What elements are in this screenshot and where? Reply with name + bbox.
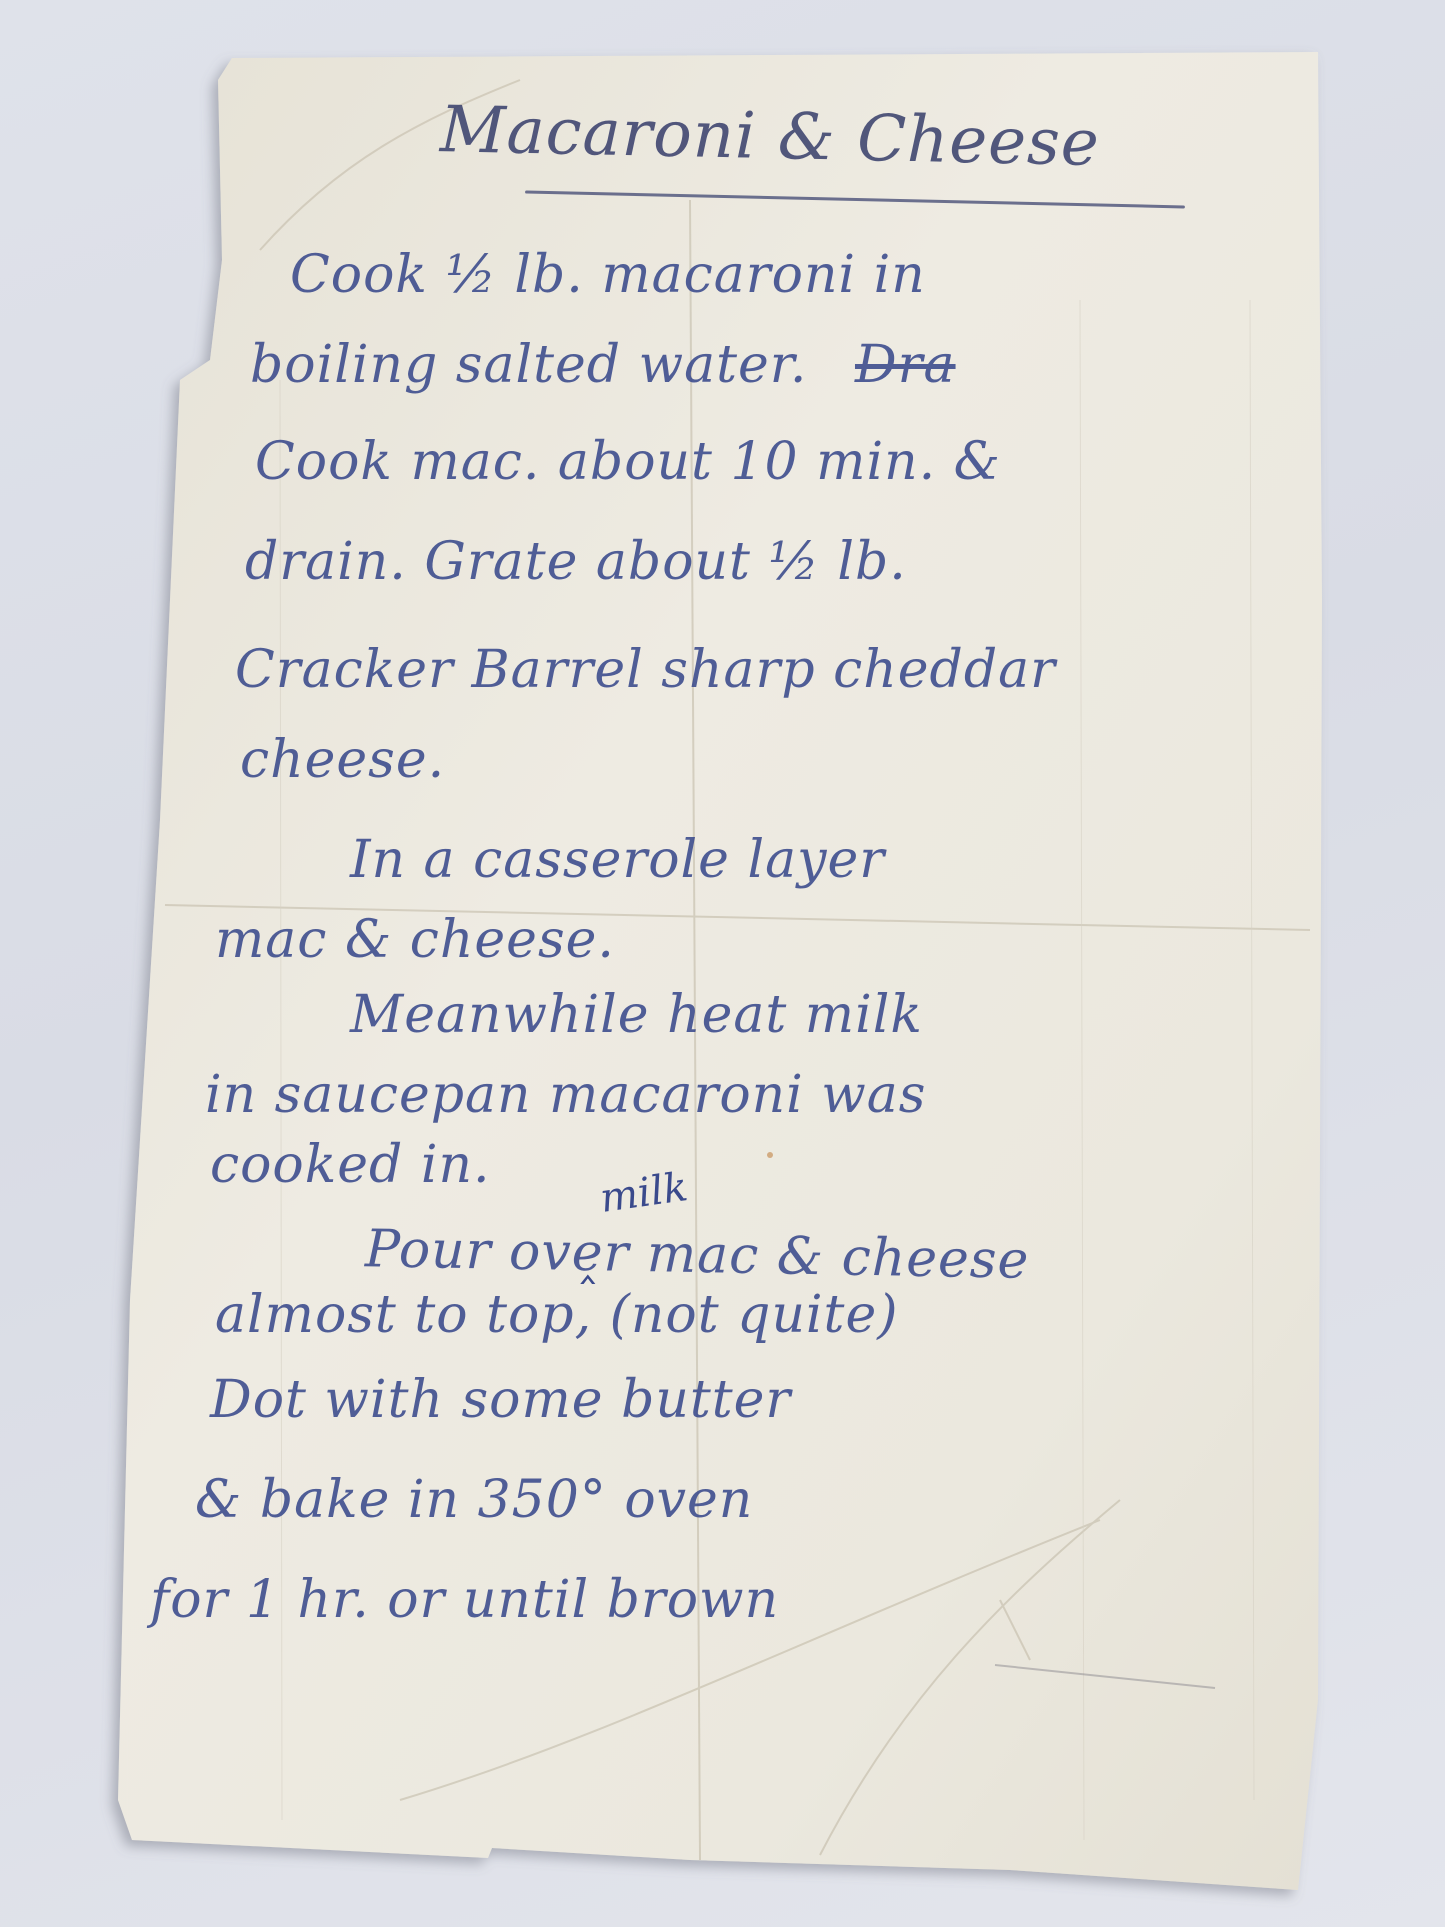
recipe-line-10: in saucepan macaroni was (205, 1065, 926, 1125)
recipe-line-3: Cook mac. about 10 min. & (255, 432, 1001, 492)
recipe-line-4: drain. Grate about ½ lb. (245, 532, 907, 592)
recipe-title: Macaroni & Cheese (439, 93, 1100, 181)
recipe-line-9: Meanwhile heat milk (350, 985, 923, 1045)
recipe-line-2-text: boiling salted water. (250, 335, 807, 395)
recipe-line-8: mac & cheese. (215, 910, 615, 970)
struck-out-word: Dra (855, 335, 956, 395)
recipe-line-7: In a casserole layer (350, 830, 885, 890)
recipe-line-12: Pour over mac & cheese (365, 1219, 1030, 1291)
recipe-line-16: for 1 hr. or until brown (150, 1570, 779, 1630)
recipe-line-13: almost to top, (not quite) (215, 1285, 899, 1345)
recipe-line-5: Cracker Barrel sharp cheddar (235, 640, 1056, 700)
recipe-paper: Macaroni & Cheese Cook ½ lb. macaroni in… (0, 0, 1445, 1927)
recipe-line-2: boiling salted water. Dra (250, 335, 956, 395)
recipe-line-14: Dot with some butter (210, 1370, 791, 1430)
recipe-line-6: cheese. (240, 730, 445, 790)
recipe-line-15: & bake in 350° oven (195, 1470, 753, 1530)
recipe-line-11: cooked in. (210, 1135, 491, 1195)
recipe-line-1: Cook ½ lb. macaroni in (290, 245, 926, 305)
